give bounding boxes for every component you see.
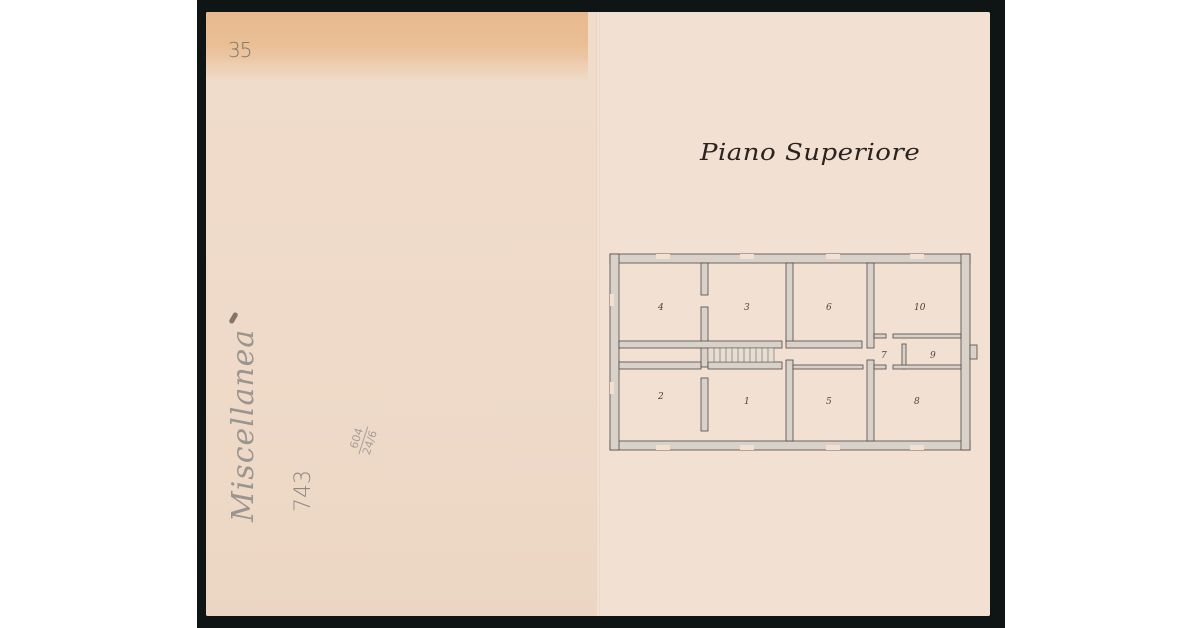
room-label: 1	[744, 397, 750, 407]
room-label: 4	[657, 303, 664, 313]
tape-stain	[206, 12, 588, 60]
ink-smudge	[228, 312, 238, 325]
room-label: 9	[930, 351, 936, 361]
left-page: 35 Miscellanea 743 604 24/6	[206, 12, 598, 616]
right-page: Piano Superiore	[600, 12, 990, 616]
catalog-number: 743	[291, 470, 316, 512]
room-label: 5	[826, 397, 832, 407]
tape-stain-fade	[206, 60, 588, 82]
room-label: 8	[914, 397, 920, 407]
room-label: 3	[744, 303, 750, 313]
collection-note: Miscellanea	[226, 329, 261, 522]
room-label: 6	[826, 303, 832, 313]
room-label: 7	[881, 351, 887, 361]
room-label: 10	[914, 303, 926, 313]
room-label: 2	[657, 392, 664, 402]
fraction-note: 604 24/6	[346, 423, 381, 459]
plan-title: Piano Superiore	[700, 140, 920, 167]
staircase	[708, 348, 774, 362]
page-number: 35	[228, 38, 251, 62]
floor-plan: 4 3 6 10 7 9 2 1 5 8	[608, 252, 978, 452]
document-sheet: 35 Miscellanea 743 604 24/6 Piano Superi…	[206, 12, 990, 616]
